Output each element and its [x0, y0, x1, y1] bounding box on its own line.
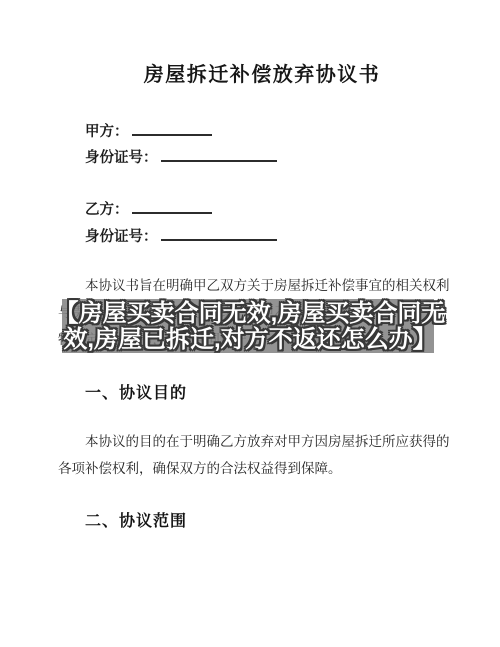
section-1-heading: 一、协议目的 — [85, 380, 187, 403]
section-1-body-line-2: 各项补偿权利，确保双方的合法权益得到保障。 — [58, 455, 450, 482]
watermark-caption-line-2: 效,房屋已拆迁,对方不返还怎么办】 — [30, 327, 470, 353]
watermark-caption-line-1: 【房屋买卖合同无效,房屋买卖合同无 — [30, 301, 470, 327]
party-a-id-blank-line — [161, 149, 277, 162]
intro-line-1: 本协议书旨在明确甲乙双方关于房屋拆迁补偿事宜的相关权利 — [58, 272, 453, 299]
document-title: 房屋拆迁补偿放弃协议书 — [12, 58, 500, 87]
party-b-row: 乙方： — [85, 198, 212, 219]
section-2-heading: 二、协议范围 — [85, 508, 187, 531]
party-a-id-row: 身份证号： — [85, 146, 277, 167]
party-a-row: 甲方： — [85, 120, 212, 141]
section-1-body-line-1: 本协议的目的在于明确乙方放弃对甲方因房屋拆迁所应获得的 — [58, 428, 450, 455]
party-b-blank-line — [132, 201, 212, 214]
party-a-label: 甲方： — [85, 124, 129, 140]
document-page: 房屋拆迁补偿放弃协议书 甲方： 身份证号： 乙方： 身份证号： 本协议书旨在明确… — [0, 0, 500, 647]
party-a-id-label: 身份证号： — [85, 150, 158, 166]
party-b-id-row: 身份证号： — [85, 225, 277, 246]
party-b-label: 乙方： — [85, 202, 129, 218]
party-b-id-label: 身份证号： — [85, 229, 158, 245]
party-b-id-blank-line — [161, 228, 277, 241]
section-1-body: 本协议的目的在于明确乙方放弃对甲方因房屋拆迁所应获得的 各项补偿权利，确保双方的… — [58, 428, 450, 482]
watermark-caption: 【房屋买卖合同无效,房屋买卖合同无 效,房屋已拆迁,对方不返还怎么办】 — [30, 301, 470, 353]
party-a-blank-line — [132, 123, 212, 136]
